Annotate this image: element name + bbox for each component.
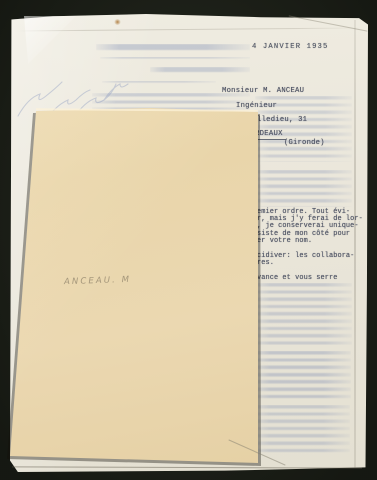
recipient-street-line: lledieu, 31 bbox=[257, 116, 307, 124]
scan-canvas: 4 JANVIER 1935 Monsieur M. ANCEAU Ingéni… bbox=[0, 0, 377, 480]
recipient-name-line: Monsieur M. ANCEAU bbox=[222, 87, 304, 95]
bleedthrough-text-block bbox=[150, 67, 250, 75]
bleedthrough-text-block bbox=[255, 283, 352, 345]
typed-body-line: vance et vous serre bbox=[257, 274, 337, 282]
foxing-spot bbox=[114, 19, 121, 25]
typed-date-line: 4 JANVIER 1935 bbox=[252, 43, 329, 51]
crease-line bbox=[354, 20, 356, 468]
bleedthrough-text-block bbox=[255, 170, 352, 207]
bleedthrough-text-block bbox=[255, 405, 350, 455]
bleedthrough-text-block bbox=[255, 351, 351, 399]
typed-body-line: er votre nom. bbox=[257, 237, 312, 245]
recipient-department-line: (Gironde) bbox=[284, 139, 325, 147]
